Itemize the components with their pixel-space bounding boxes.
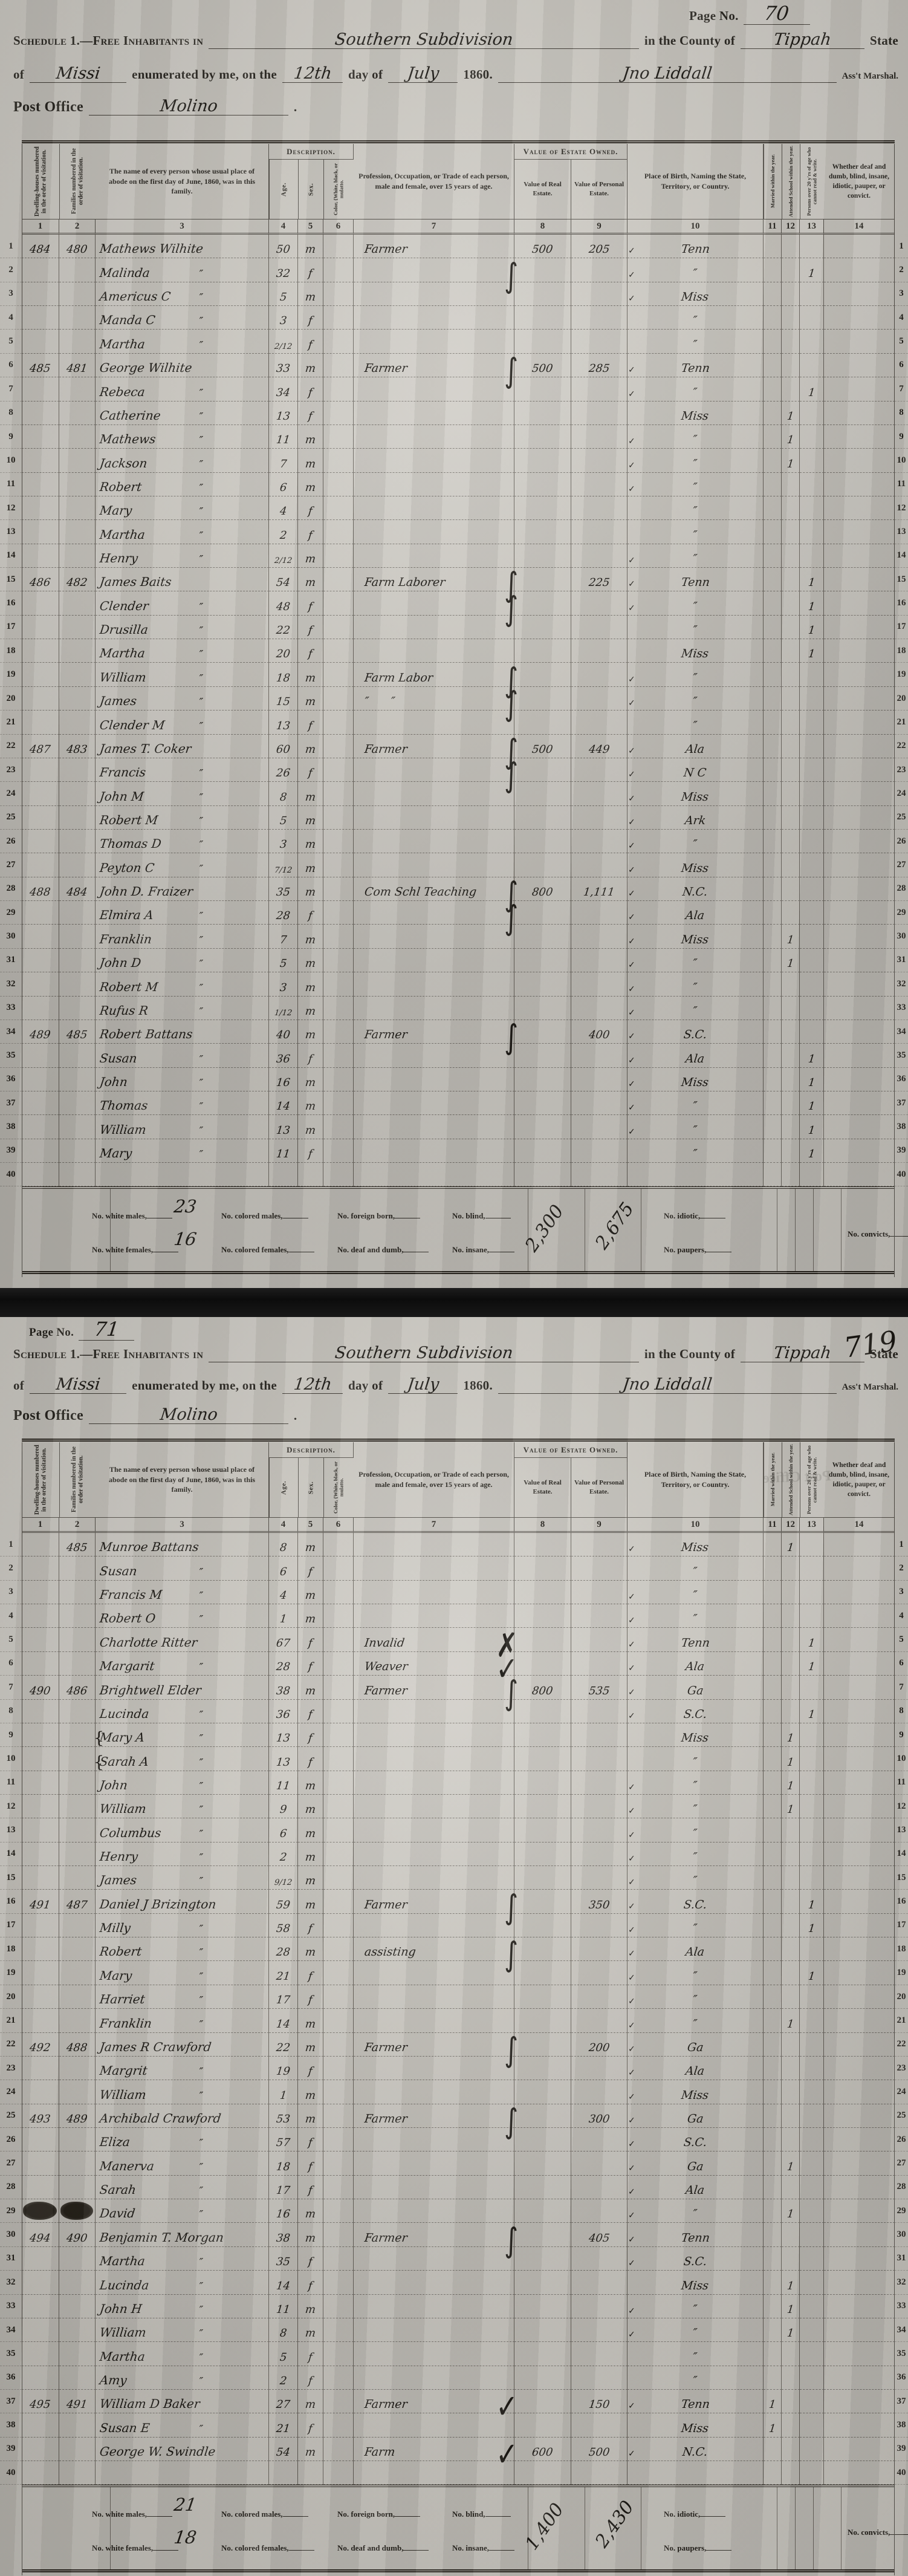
table-row: 8Catherine″13fMiss18 [0, 402, 908, 425]
cell-sex: m [298, 853, 323, 877]
cell-age: 6 [269, 473, 298, 496]
cell-married-within-year [764, 2247, 782, 2271]
footer-frame: No. white males,No. colored males,No. fo… [22, 2485, 895, 2572]
cell-occupation [354, 2271, 514, 2294]
tally-check-mark: ✓ [628, 1127, 635, 1137]
post-office-value: Molino [159, 98, 218, 115]
ditto-mark: ″ [199, 1661, 204, 1674]
cell-sex: m [298, 663, 323, 686]
day-value: 12th [293, 1376, 332, 1393]
cell-family-number: 482 [59, 568, 96, 591]
person-name: Benjamin T. Morgan [99, 2230, 225, 2245]
personal-estate-value: 350 [588, 1899, 611, 1911]
person-name: John M [99, 789, 145, 804]
cell-sex: m [298, 2390, 323, 2413]
cell-real-estate [514, 568, 571, 591]
cell-real-estate [514, 1723, 571, 1747]
person-name: David [99, 2206, 136, 2220]
cell-married-within-year [764, 782, 782, 805]
footer-blank [147, 2509, 172, 2517]
row-number-left: 30 [0, 925, 22, 948]
occupation-value: Com Schl Teaching [364, 885, 478, 899]
sex-value: f [308, 2184, 313, 2197]
table-row: 23Francis″26f∫✓N C23 [0, 758, 908, 782]
sex-value: f [308, 339, 313, 351]
cell-age: 13 [269, 1747, 298, 1771]
row-number-left: 25 [0, 806, 22, 830]
cell-attended-school: 1 [782, 949, 800, 972]
row-number-left: 11 [0, 473, 22, 496]
cell-attended-school [782, 496, 800, 520]
cell-dwelling-number [22, 758, 59, 782]
tally-check-mark: ✓ [628, 1056, 635, 1065]
cannot-read-write-mark: 1 [808, 576, 816, 589]
tally-check-mark: ✓ [628, 984, 635, 994]
cell-name: Robert M″ [96, 972, 269, 996]
row-number-right: 18 [895, 639, 908, 663]
table-row: 12William″9m✓″112 [0, 1795, 908, 1818]
cell-family-number [59, 1961, 96, 1985]
cell-cannot-read-write [800, 425, 824, 449]
cell-married-within-year [764, 377, 782, 401]
person-name: Susan E [99, 2421, 151, 2435]
cell-age: 57 [269, 2128, 298, 2152]
footer-label: No. colored females, [221, 1244, 314, 1255]
birthplace-value: S.C. [683, 1028, 708, 1041]
age-value: 16 [276, 2208, 291, 2220]
cell-real-estate [514, 1652, 571, 1676]
col-number: 7 [354, 219, 514, 235]
marshal-blank: Jno Liddall [498, 1376, 837, 1394]
cell-color [323, 544, 354, 568]
footer-label-text: No. white females, [92, 2543, 153, 2552]
cell-attended-school [782, 568, 800, 591]
row-number-right: 33 [895, 2295, 908, 2318]
cannot-read-write-mark: 1 [808, 1970, 816, 1983]
schedule-line: Schedule 1.—Free Inhabitants in Southern… [13, 31, 898, 49]
occupation-value: assisting [364, 1945, 417, 1959]
cell-color [323, 1533, 354, 1556]
school-mark: 1 [786, 434, 795, 446]
cell-sex: f [298, 1556, 323, 1580]
sex-value: f [308, 386, 313, 399]
school-mark: 1 [786, 2208, 795, 2220]
page-divider [0, 1288, 908, 1317]
ditto-mark: ″ [199, 863, 204, 876]
row-number-right: 21 [895, 2009, 908, 2032]
cell-dwelling-number [22, 687, 59, 711]
cell-sex: m [298, 449, 323, 472]
col-number: 1 [22, 219, 59, 235]
cell-birthplace: ✓″ [627, 425, 764, 449]
sex-value: f [308, 410, 313, 423]
cell-real-estate [514, 853, 571, 877]
cell-name: Martha″ [96, 2247, 269, 2271]
cell-cannot-read-write [800, 2199, 824, 2223]
cell-real-estate [514, 901, 571, 925]
cell-attended-school [782, 1115, 800, 1139]
person-name: William D Baker [99, 2396, 201, 2411]
row-number-right: 19 [895, 1961, 908, 1985]
day-of-label: day of [348, 67, 383, 82]
real-estate-value: 800 [531, 886, 554, 899]
cell-real-estate [514, 1556, 571, 1580]
cell-name: {Mary A″ [96, 1723, 269, 1747]
cell-married-within-year [764, 473, 782, 496]
cell-name: David″ [96, 2199, 269, 2223]
cell-dwelling-number [22, 1044, 59, 1067]
cell-name: Franklin″ [96, 2009, 269, 2032]
marshal-signature: Jno Liddall [621, 65, 713, 82]
sex-value: f [308, 1708, 313, 1721]
cell-birthplace: ✓Tenn [627, 2390, 764, 2413]
pen-flourish: ✓ [496, 2391, 518, 2424]
age-value: 2 [279, 529, 288, 542]
person-name: William [99, 670, 148, 685]
dwelling-number: 491 [29, 1899, 51, 1911]
person-name: John [99, 1778, 129, 1792]
col-number: 5 [298, 1517, 323, 1533]
table-row: 1484480Mathews Wilhite50mFarmer500205✓Te… [0, 235, 908, 258]
cell-birthplace: ✓Ala [627, 901, 764, 925]
row-number-left: 22 [0, 735, 22, 758]
cell-family-number [59, 639, 96, 663]
age-value: 21 [276, 1970, 291, 1983]
age-value: 15 [276, 695, 291, 708]
pen-flourish: ∫ [504, 1021, 518, 1055]
row-number-left: 6 [0, 1652, 22, 1676]
family-number: 484 [66, 886, 88, 899]
cell-personal-estate [571, 1866, 627, 1890]
cell-attended-school [782, 1937, 800, 1961]
cell-dwelling-number [22, 1985, 59, 2009]
cell-married-within-year [764, 496, 782, 520]
marshal-title: Ass't Marshal. [842, 71, 898, 82]
row-number-left: 33 [0, 2295, 22, 2318]
cell-personal-estate [571, 258, 627, 282]
ditto-mark: ″ [199, 767, 204, 780]
row-number-left: 8 [0, 1700, 22, 1723]
cell-real-estate: 500 [514, 235, 571, 258]
age-value: 2/12 [274, 556, 293, 565]
cell-family-number [59, 1091, 96, 1115]
sex-value: f [308, 1148, 313, 1160]
person-name: Elmira A [99, 908, 155, 922]
pen-flourish: ∫ [504, 2034, 518, 2067]
person-name: Clender [99, 599, 150, 613]
cell-sex: m [298, 830, 323, 853]
age-value: 1 [279, 1613, 288, 1625]
row-number-left: 10 [0, 1747, 22, 1771]
row-number-left: 28 [0, 877, 22, 901]
cell-occupation [354, 2128, 514, 2152]
sex-value: f [308, 2422, 313, 2435]
sex-value: f [308, 2351, 313, 2364]
footer-blank [147, 1211, 172, 1218]
cell-age: 19 [269, 2057, 298, 2080]
person-name: Catherine [99, 408, 162, 423]
cell-personal-estate [571, 901, 627, 925]
row-number-right: 11 [895, 1771, 908, 1795]
cell-birthplace: ✓Tenn [627, 354, 764, 377]
cell-cannot-read-write [800, 306, 824, 330]
cell-personal-estate [571, 520, 627, 544]
cell-age: 58 [269, 1914, 298, 1937]
cell-cannot-read-write: 1 [800, 568, 824, 591]
cell-color [323, 1700, 354, 1723]
cell-dwelling-number [22, 544, 59, 568]
person-name: Susan [99, 1564, 138, 1578]
col-number: 9 [571, 219, 627, 235]
cell-real-estate [514, 782, 571, 805]
person-name: Peyton C [99, 860, 155, 875]
sex-value: m [305, 672, 316, 685]
footer-blank [395, 2509, 420, 2517]
birthplace-value: ″ [692, 695, 698, 708]
ditto-mark: ″ [199, 2375, 204, 2388]
tally-check-mark: ✓ [628, 1783, 635, 1792]
school-mark: 1 [786, 934, 795, 946]
cell-personal-estate [571, 2461, 627, 2485]
sex-value: f [308, 909, 313, 922]
cell-color [323, 2342, 354, 2366]
cell-dwelling-number [22, 997, 59, 1020]
footer-label-text: No. blind, [452, 1211, 485, 1220]
cell-dwelling-number [22, 425, 59, 449]
cell-sex: m [298, 1115, 323, 1139]
cell-personal-estate [571, 1961, 627, 1985]
cell-color [323, 1163, 354, 1186]
cell-sex: m [298, 2438, 323, 2461]
cell-real-estate [514, 2057, 571, 2080]
birthplace-value: Ala [685, 909, 705, 922]
cell-sex: m [298, 1890, 323, 1913]
person-name: Lucinda [99, 1706, 150, 1721]
family-number: 490 [66, 2208, 88, 2220]
cell-color [323, 949, 354, 972]
occupation-value: Farmer [364, 1898, 408, 1911]
cell-cannot-read-write [800, 782, 824, 805]
cell-color [323, 449, 354, 472]
cell-married-within-year [764, 2057, 782, 2080]
footer-column-line [528, 2487, 528, 2569]
row-number-left: 19 [0, 663, 22, 686]
cell-real-estate [514, 1115, 571, 1139]
tally-check-mark: ✓ [628, 1592, 635, 1602]
cell-cannot-read-write [800, 2152, 824, 2175]
footer-label-text: No. paupers, [664, 2543, 706, 2552]
ditto-mark: ″ [199, 696, 204, 709]
cell-remarks [824, 758, 895, 782]
cell-sex: f [298, 520, 323, 544]
cell-married-within-year [764, 877, 782, 901]
cell-dwelling-number [22, 1937, 59, 1961]
cell-occupation [354, 544, 514, 568]
cell-attended-school [782, 1556, 800, 1580]
post-office-blank: Molino [89, 98, 288, 115]
cell-sex [298, 1163, 323, 1186]
cell-birthplace: ✓S.C. [627, 2128, 764, 2152]
cell-birthplace: ✓″ [627, 1985, 764, 2009]
cell-birthplace: ✓Ala [627, 1044, 764, 1067]
cell-remarks [824, 1676, 895, 1699]
cell-remarks [824, 1628, 895, 1651]
cell-age: 18 [269, 663, 298, 686]
family-number: 485 [66, 1541, 88, 1554]
age-value: 11 [276, 2303, 291, 2316]
cell-personal-estate [571, 1652, 627, 1676]
family-number: 483 [66, 743, 88, 756]
year-label: 1860. [463, 1378, 493, 1393]
footer-blank [289, 1244, 314, 1252]
cell-occupation [354, 711, 514, 734]
cell-name: Robert″ [96, 1937, 269, 1961]
cell-cannot-read-write [800, 853, 824, 877]
ditto-mark: ″ [199, 553, 204, 566]
age-value: 1/12 [274, 1009, 293, 1018]
school-mark: 1 [786, 2327, 795, 2340]
birthplace-value: Ala [685, 2184, 705, 2197]
row-number-left: 18 [0, 639, 22, 663]
cell-dwelling-number [22, 2271, 59, 2294]
ditto-mark: ″ [199, 434, 204, 447]
sex-value: m [305, 458, 316, 470]
row-number-right: 32 [895, 972, 908, 996]
cell-occupation: Farmer∫ [354, 1020, 514, 1044]
county-label: in the County of [644, 1347, 735, 1362]
cell-cannot-read-write [800, 282, 824, 306]
post-office-period: . [294, 100, 297, 115]
cell-remarks [824, 1914, 895, 1937]
age-value: 5 [279, 2351, 288, 2364]
cell-family-number: 486 [59, 1676, 96, 1699]
cell-sex: m [298, 925, 323, 948]
cell-color [323, 2223, 354, 2246]
cell-cannot-read-write [800, 806, 824, 830]
age-value: 20 [276, 648, 291, 660]
sex-value: f [308, 767, 313, 779]
cell-married-within-year: 1 [764, 2390, 782, 2413]
row-number-left: 4 [0, 1604, 22, 1628]
cell-name: Charlotte Ritter [96, 1628, 269, 1651]
cell-name: James″ [96, 1866, 269, 1890]
cell-occupation: Farmer✓ [354, 2390, 514, 2413]
birthplace-value: ″ [692, 1874, 698, 1887]
row-number-left: 29 [0, 901, 22, 925]
table-row: 3Francis M″4m✓″3 [0, 1581, 908, 1604]
cell-real-estate [514, 473, 571, 496]
sex-value: f [308, 1660, 313, 1673]
cell-birthplace: ✓S.C. [627, 1700, 764, 1723]
cell-personal-estate [571, 2057, 627, 2080]
cell-family-number [59, 1937, 96, 1961]
sex-value: m [305, 981, 316, 994]
footer-label: No. colored males, [221, 2509, 308, 2519]
cell-real-estate [514, 330, 571, 353]
footer-blank [283, 2509, 308, 2517]
cell-real-estate [514, 2080, 571, 2104]
month-blank: July [388, 65, 458, 83]
cell-age: 4 [269, 496, 298, 520]
cell-family-number [59, 520, 96, 544]
row-number-right: 17 [895, 616, 908, 639]
cell-remarks [824, 591, 895, 615]
cell-real-estate [514, 1533, 571, 1556]
ditto-mark: ″ [199, 1125, 204, 1137]
cell-cannot-read-write [800, 2057, 824, 2080]
cell-color [323, 568, 354, 591]
cell-real-estate: 500 [514, 354, 571, 377]
cell-personal-estate [571, 997, 627, 1020]
person-name: Susan [99, 1051, 138, 1065]
cell-married-within-year [764, 639, 782, 663]
row-number-right: 24 [895, 782, 908, 805]
person-name: Martha [99, 2254, 146, 2268]
cell-real-estate [514, 2461, 571, 2485]
cell-personal-estate [571, 402, 627, 425]
cell-attended-school [782, 377, 800, 401]
footer-label-text: No. convicts, [848, 2528, 890, 2537]
sex-value: m [305, 1076, 316, 1089]
cell-cannot-read-write [800, 1843, 824, 1866]
cell-real-estate [514, 2223, 571, 2246]
table-rows: 1485Munroe Battans8m✓Miss112Susan″6f″23F… [0, 1533, 908, 2485]
cell-birthplace: ″ [627, 330, 764, 353]
of-word: of [13, 67, 24, 82]
tally-check-mark: ✓ [628, 2021, 635, 2031]
cell-family-number [59, 330, 96, 353]
cell-remarks [824, 1652, 895, 1676]
cell-married-within-year [764, 449, 782, 472]
cell-age: 33 [269, 354, 298, 377]
row-number-left: 29 [0, 2199, 22, 2223]
cell-real-estate [514, 1818, 571, 1842]
row-number-right: 5 [895, 330, 908, 353]
cell-attended-school [782, 2390, 800, 2413]
table-row: 10Jackson″7m✓″110 [0, 449, 908, 472]
footer-blank [489, 2543, 514, 2551]
cell-occupation [354, 425, 514, 449]
cell-personal-estate [571, 449, 627, 472]
cell-remarks [824, 473, 895, 496]
subdivision-blank: Southern Subdivision [209, 1345, 639, 1362]
cell-dwelling-number [22, 830, 59, 853]
person-name: Margarit [99, 1659, 156, 1673]
cell-personal-estate [571, 782, 627, 805]
cell-personal-estate [571, 496, 627, 520]
table-row: 18Martha″20fMiss118 [0, 639, 908, 663]
cell-cannot-read-write [800, 1556, 824, 1580]
tally-check-mark: ✓ [628, 1997, 635, 2006]
age-value: 17 [276, 1994, 291, 2006]
table-row: 12Mary″4f″12 [0, 496, 908, 520]
row-number-left: 36 [0, 2366, 22, 2390]
real-estate-value: 500 [531, 743, 554, 756]
cell-sex: f [298, 616, 323, 639]
cell-sex: f [298, 1914, 323, 1937]
cell-sex: m [298, 997, 323, 1020]
col-head-dwelling-number: Dwelling-houses numbered in the order of… [22, 144, 59, 219]
sex-value: m [305, 2208, 316, 2220]
cell-real-estate: 800 [514, 877, 571, 901]
cell-attended-school [782, 1604, 800, 1628]
row-number-right: 10 [895, 1747, 908, 1771]
cell-remarks [824, 639, 895, 663]
cell-occupation [354, 1818, 514, 1842]
age-value: 11 [276, 434, 291, 446]
cell-attended-school: 1 [782, 1795, 800, 1818]
col-head-birthplace: Place of Birth, Naming the State, Territ… [627, 144, 764, 219]
